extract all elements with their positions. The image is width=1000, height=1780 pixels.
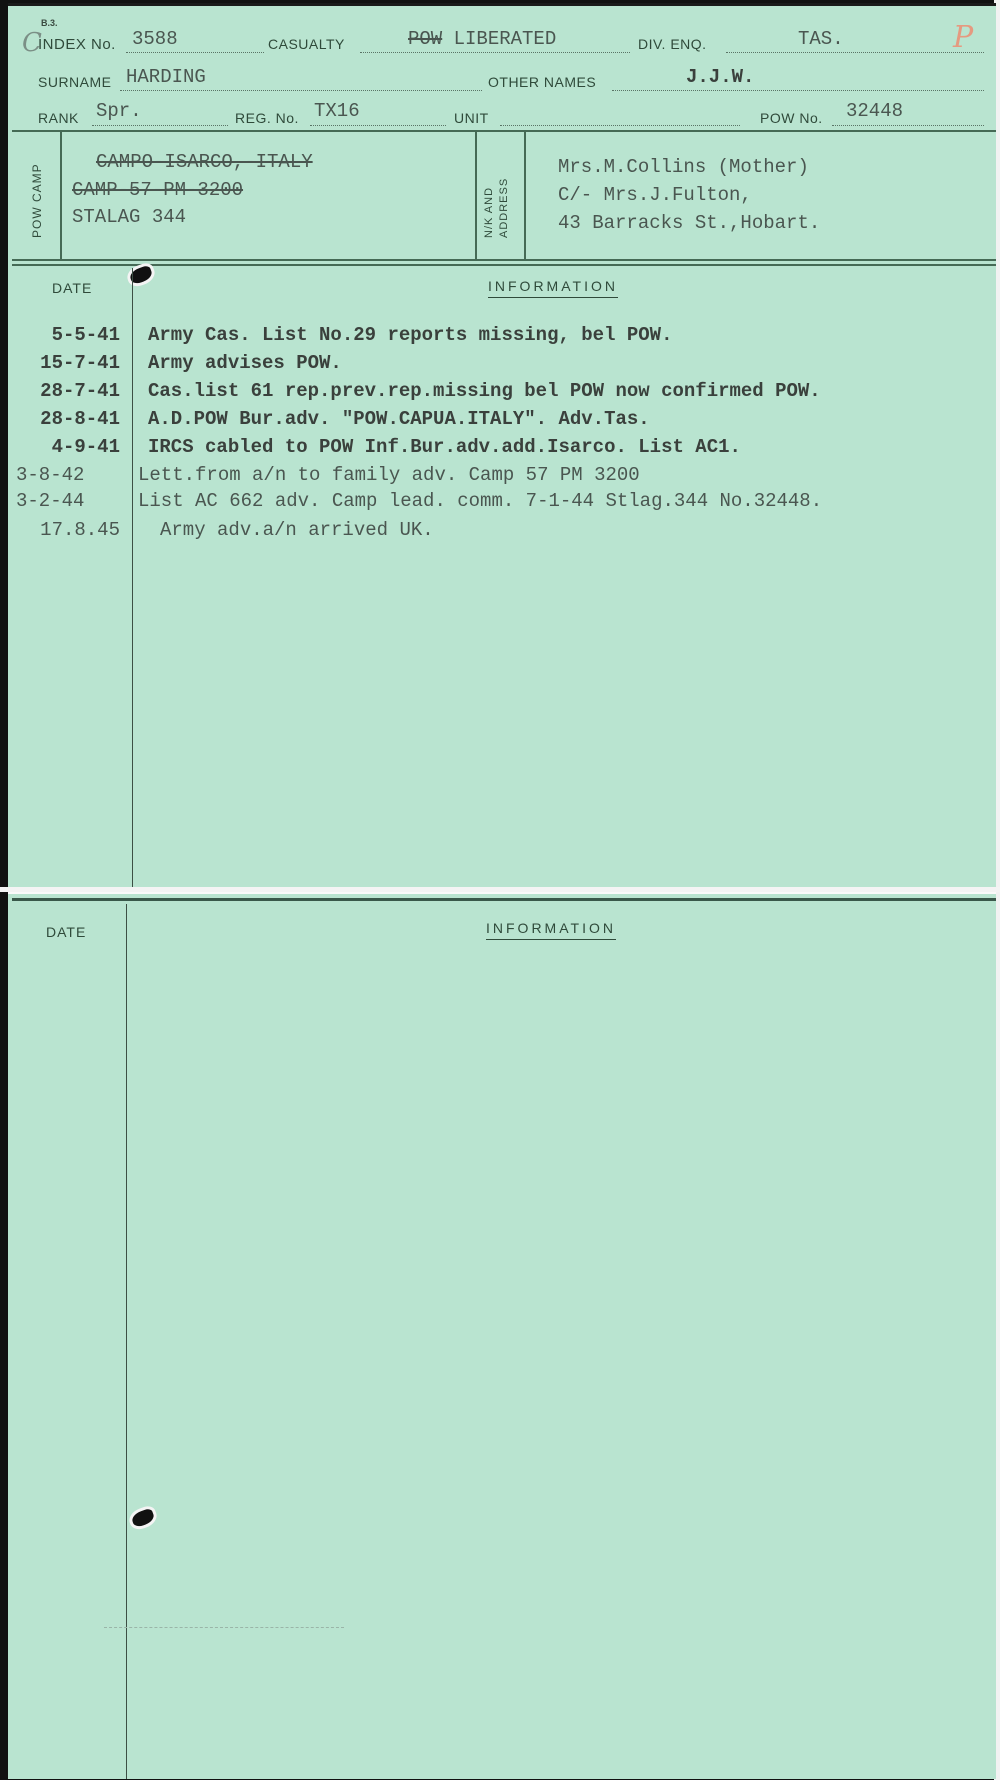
div-enq-line: [726, 52, 984, 53]
other-names-line: [612, 90, 984, 91]
entry-text: Army advises POW.: [148, 352, 342, 374]
entry-date: 3-2-44: [16, 490, 126, 512]
nk-label-line-2: ADDRESS: [498, 178, 510, 238]
entry-text: A.D.POW Bur.adv. "POW.CAPUA.ITALY". Adv.…: [148, 408, 650, 430]
casualty-struck-text: POW: [408, 28, 442, 50]
date-header: DATE: [52, 280, 92, 296]
entry-text: Army Cas. List No.29 reports missing, be…: [148, 324, 673, 346]
reg-no-label: REG. No.: [235, 110, 299, 126]
pow-no-label: POW No.: [760, 110, 823, 126]
information-header: INFORMATION: [488, 278, 618, 298]
entry-date: 17.8.45: [10, 519, 120, 541]
index-no-label: INDEX No.: [38, 36, 116, 53]
unit-label: UNIT: [454, 110, 489, 126]
reg-no-value: TX16: [314, 100, 360, 122]
header-divider: [12, 130, 996, 132]
entry-date: 5-5-41: [10, 324, 120, 346]
red-mark: P: [953, 20, 973, 55]
back-information-header: INFORMATION: [486, 920, 616, 940]
table-double-line-bottom: [12, 264, 996, 266]
pow-no-value: 32448: [846, 100, 903, 122]
camp-address-divider: [475, 131, 477, 259]
nk-line-2: C/- Mrs.J.Fulton,: [558, 184, 752, 206]
table-double-line-top: [12, 259, 996, 261]
other-names-label: OTHER NAMES: [488, 74, 596, 90]
back-date-header: DATE: [46, 924, 86, 940]
div-enq-label: DIV. ENQ.: [638, 36, 707, 52]
entry-date: 4-9-41: [10, 436, 120, 458]
back-date-column-divider: [126, 904, 127, 1779]
surname-line: [120, 90, 482, 91]
rank-label: RANK: [38, 110, 79, 126]
index-no-value: 3588: [132, 28, 178, 50]
record-card-back: DATE INFORMATION: [8, 892, 996, 1779]
rank-value: Spr.: [96, 100, 142, 122]
entry-text: Army adv.a/n arrived UK.: [160, 519, 434, 541]
unit-line: [500, 125, 740, 126]
casualty-line: [360, 52, 630, 53]
date-column-divider: [132, 268, 133, 890]
entry-text: Cas.list 61 rep.prev.rep.missing bel POW…: [148, 380, 821, 402]
div-enq-value: TAS.: [798, 28, 844, 50]
form-code: B.3.: [41, 18, 58, 28]
address-label-divider: [524, 131, 526, 259]
camp-label-divider: [60, 131, 62, 259]
back-top-line: [12, 898, 996, 901]
surname-value: HARDING: [126, 66, 206, 88]
entry-date: 28-8-41: [10, 408, 120, 430]
entry-date: 3-8-42: [16, 464, 126, 486]
reg-no-line: [310, 125, 446, 126]
entry-date: 28-7-41: [10, 380, 120, 402]
casualty-value: POW LIBERATED: [408, 28, 556, 50]
pow-no-line: [832, 125, 984, 126]
nk-line-1: Mrs.M.Collins (Mother): [558, 156, 809, 178]
pow-camp-label: POW CAMP: [30, 163, 44, 238]
back-punch-hole: [130, 1508, 155, 1529]
entry-text: IRCS cabled to POW Inf.Bur.adv.add.Isarc…: [148, 436, 741, 458]
index-no-line: [126, 52, 264, 53]
nk-label-line-1: N/K AND: [483, 187, 495, 238]
nk-line-3: 43 Barracks St.,Hobart.: [558, 212, 820, 234]
other-names-value: J.J.W.: [686, 66, 754, 88]
entry-text: Lett.from a/n to family adv. Camp 57 PM …: [138, 464, 640, 486]
entry-date: 15-7-41: [10, 352, 120, 374]
surname-label: SURNAME: [38, 74, 112, 90]
entry-text: List AC 662 adv. Camp lead. comm. 7-1-44…: [138, 490, 822, 512]
casualty-label: CASUALTY: [268, 36, 345, 52]
rank-line: [92, 125, 228, 126]
camp-line-3: STALAG 344: [72, 206, 186, 228]
camp-line-2: CAMP-57-PM-3200: [72, 179, 243, 201]
camp-line-1: CAMPO-ISARCO,-ITALY: [96, 151, 313, 173]
faint-showthrough-line: [104, 1627, 344, 1628]
record-card-front: B.3. C P INDEX No. 3588 CASUALTY POW LIB…: [8, 3, 996, 892]
